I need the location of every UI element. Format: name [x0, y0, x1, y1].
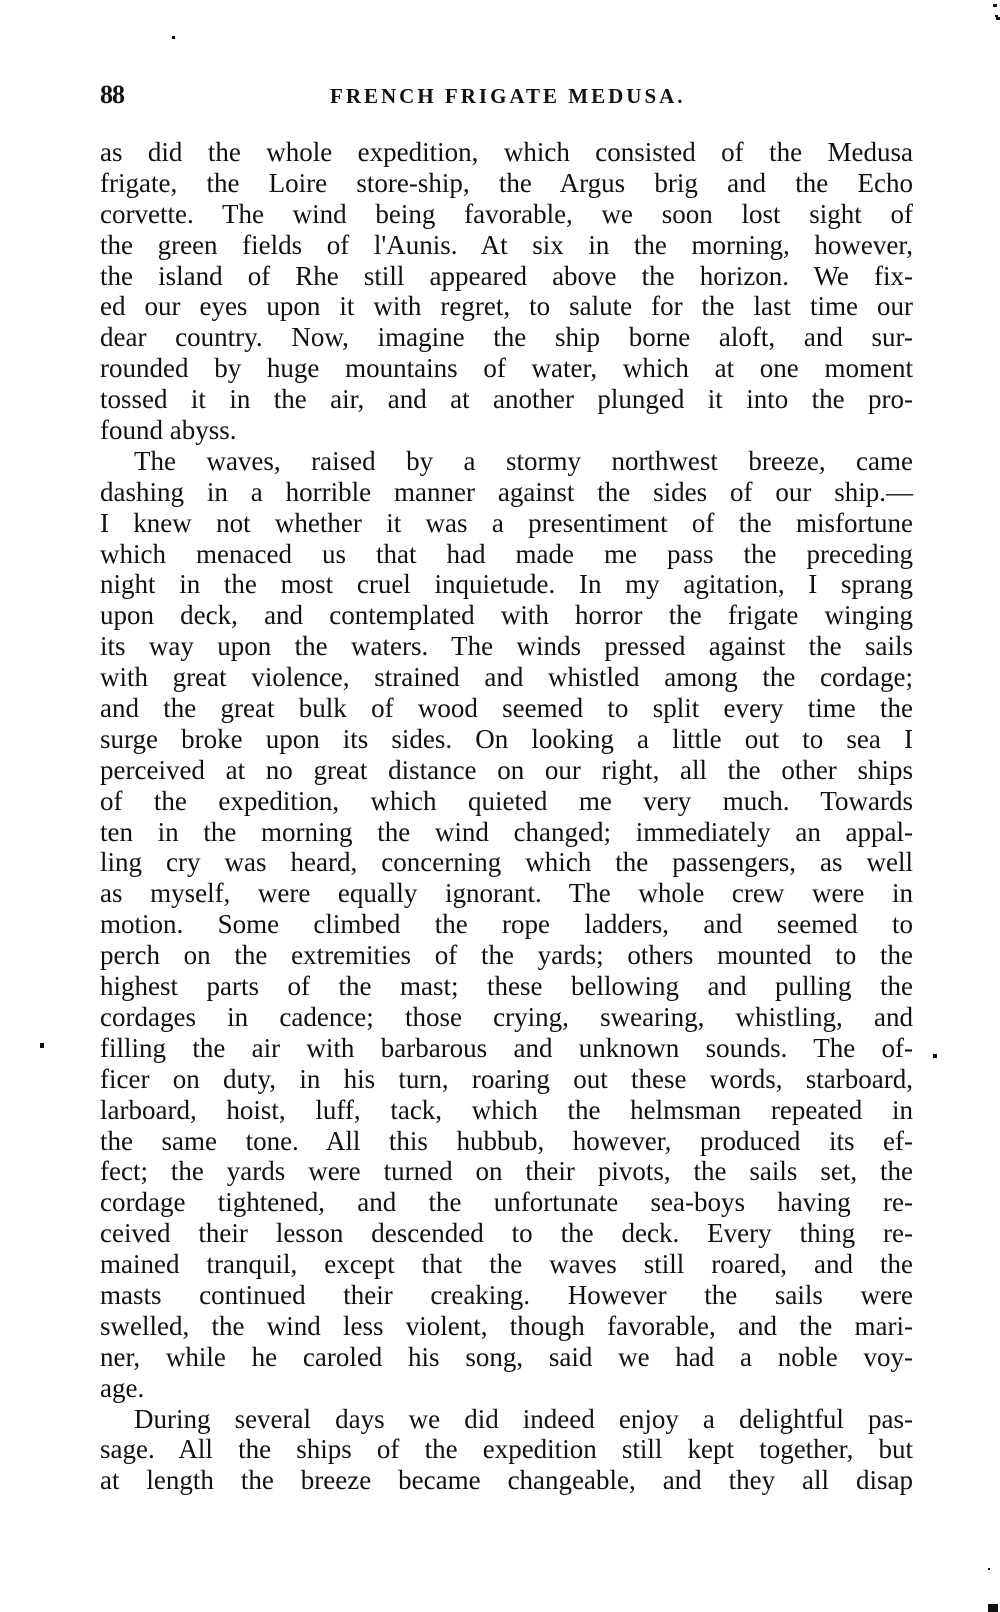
text-line: filling the air with barbarous and unkno… [100, 1033, 913, 1064]
text-line: at length the breeze became changeable, … [100, 1465, 913, 1496]
text-line: frigate, the Loire store-ship, the Argus… [100, 168, 913, 199]
text-line: the same tone. All this hubbub, however,… [100, 1126, 913, 1157]
text-line: upon deck, and contemplated with horror … [100, 600, 913, 631]
text-line: swelled, the wind less violent, though f… [100, 1311, 913, 1342]
scan-speck [40, 1043, 44, 1048]
text-line: motion. Some climbed the rope ladders, a… [100, 909, 913, 940]
text-line: cordages in cadence; those crying, swear… [100, 1002, 913, 1033]
text-line: sage. All the ships of the expedition st… [100, 1434, 913, 1465]
text-line: which menaced us that had made me pass t… [100, 539, 913, 570]
text-line: ceived their lesson descended to the dec… [100, 1218, 913, 1249]
text-line: its way upon the waters. The winds press… [100, 631, 913, 662]
page-number: 88 [100, 80, 124, 110]
text-line: perch on the extremities of the yards; o… [100, 940, 913, 971]
text-line: the island of Rhe still appeared above t… [100, 261, 913, 292]
text-line: I knew not whether it was a presentiment… [100, 508, 913, 539]
text-line: mained tranquil, except that the waves s… [100, 1249, 913, 1280]
text-line: rounded by huge mountains of water, whic… [100, 353, 913, 384]
text-line: masts continued their creaking. However … [100, 1280, 913, 1311]
running-head: 88 FRENCH FRIGATE MEDUSA. [100, 80, 900, 112]
text-line: highest parts of the mast; these bellowi… [100, 971, 913, 1002]
text-line: tossed it in the air, and at another plu… [100, 384, 913, 415]
text-line: age. [100, 1373, 913, 1404]
scan-speck [988, 1568, 990, 1570]
text-line: fect; the yards were turned on their piv… [100, 1156, 913, 1187]
running-title: FRENCH FRIGATE MEDUSA. [330, 84, 686, 109]
scan-speck [172, 36, 175, 39]
text-line: as did the whole expedition, which consi… [100, 137, 913, 168]
text-line: dashing in a horrible manner against the… [100, 477, 913, 508]
scan-speck [933, 1054, 937, 1058]
text-line: ten in the morning the wind changed; imm… [100, 817, 913, 848]
text-line: found abyss. [100, 415, 913, 446]
text-line: night in the most cruel inquietude. In m… [100, 569, 913, 600]
text-line: of the expedition, which quieted me very… [100, 786, 913, 817]
book-page: 88 FRENCH FRIGATE MEDUSA. as did the who… [0, 0, 1000, 1612]
text-line: and the great bulk of wood seemed to spl… [100, 693, 913, 724]
text-line: corvette. The wind being favorable, we s… [100, 199, 913, 230]
text-line: dear country. Now, imagine the ship born… [100, 322, 913, 353]
text-line: with great violence, strained and whistl… [100, 662, 913, 693]
scan-speck [988, 1604, 998, 1612]
scan-speck [993, 4, 997, 7]
scan-speck [996, 17, 1000, 20]
text-line: as myself, were equally ignorant. The wh… [100, 878, 913, 909]
text-line: ner, while he caroled his song, said we … [100, 1342, 913, 1373]
text-line: ficer on duty, in his turn, roaring out … [100, 1064, 913, 1095]
text-line: ed our eyes upon it with regret, to salu… [100, 291, 913, 322]
text-line: larboard, hoist, luff, tack, which the h… [100, 1095, 913, 1126]
text-line: the green fields of l'Aunis. At six in t… [100, 230, 913, 261]
text-line: surge broke upon its sides. On looking a… [100, 724, 913, 755]
text-line: ling cry was heard, concerning which the… [100, 847, 913, 878]
text-line: cordage tightened, and the unfortunate s… [100, 1187, 913, 1218]
body-text: as did the whole expedition, which consi… [100, 137, 913, 1496]
text-line: perceived at no great distance on our ri… [100, 755, 913, 786]
text-line: During several days we did indeed enjoy … [100, 1404, 913, 1435]
text-line: The waves, raised by a stormy northwest … [100, 446, 913, 477]
